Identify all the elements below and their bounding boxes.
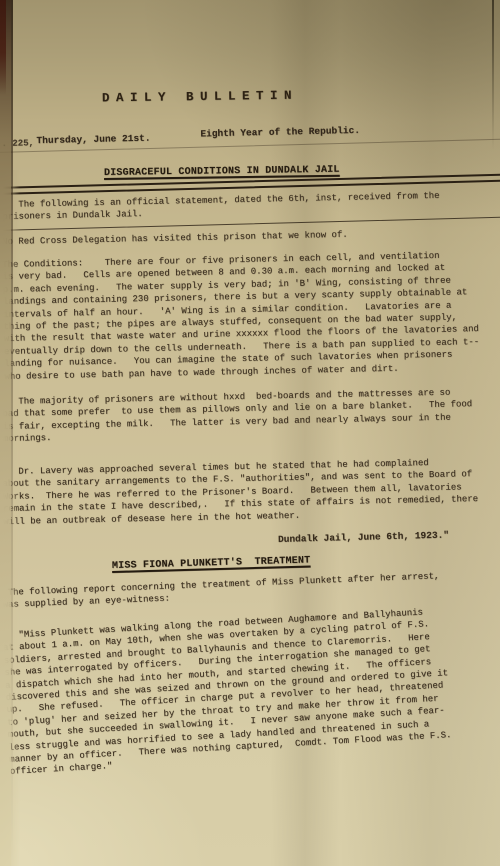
book-binding-edge — [0, 0, 11, 866]
article1-paragraph-bedding: The majority of prisoners are without hx… — [2, 386, 473, 445]
article2-paragraph-quote: "Miss Plunkett was walking along the roa… — [2, 605, 452, 778]
dateline-date: Thursday, June 21st. — [36, 133, 150, 147]
article1-paragraph-lavery: Dr. Lavery was approached several times … — [2, 456, 478, 528]
page-edge-line-topright — [492, 0, 494, 150]
masthead-title: DAILY BULLETIN — [0, 87, 400, 107]
article2-headline: MISS FIONA PLUNKETT'S TREATMENT — [112, 555, 311, 572]
article1-signoff: Dundalk Jail, June 6th, 1923." — [278, 530, 449, 545]
article2-paragraph-intro: The following report concerning the trea… — [2, 570, 440, 612]
page-content: DAILY BULLETIN . 225, Thursday, June 21s… — [0, 0, 500, 866]
page-edge-seam — [11, 0, 13, 866]
scanned-page-photo: DAILY BULLETIN . 225, Thursday, June 21s… — [0, 0, 500, 866]
book-cover-sliver — [0, 0, 6, 95]
article1-paragraph-conditions: The Conditions: There are four or five p… — [2, 249, 480, 383]
dateline-year: Eighth Year of the Republic. — [200, 125, 360, 140]
